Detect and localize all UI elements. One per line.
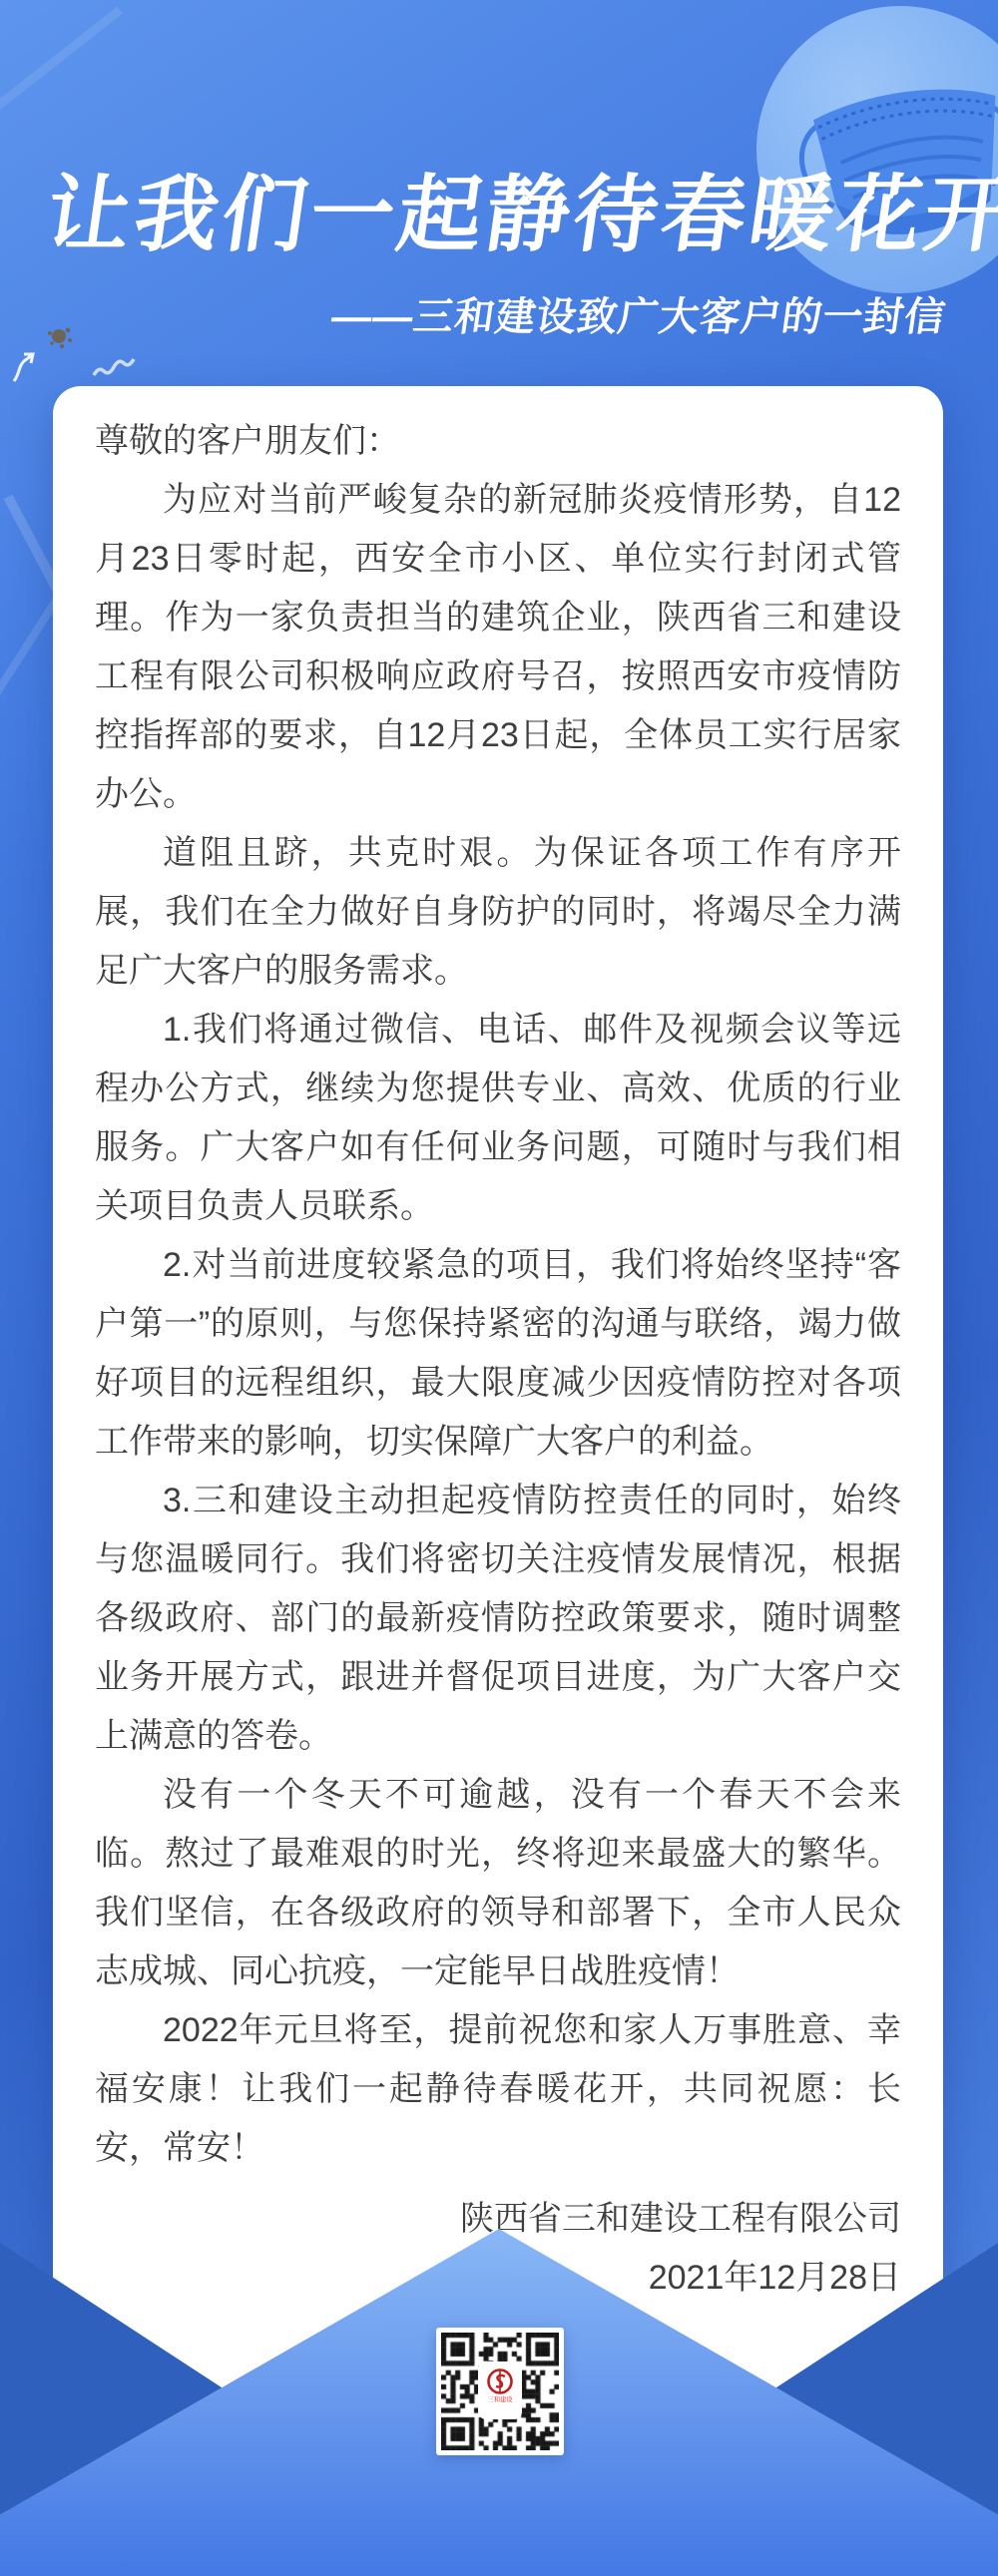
letter-paragraph: 没有一个冬天不可逾越，没有一个春天不会来临。熬过了最难艰的时光，终将迎来最盛大的… bbox=[95, 1766, 901, 2001]
qr-caption: 三和建设 bbox=[487, 2396, 512, 2405]
letter-paragraph: 为应对当前严峻复杂的新冠肺炎疫情形势，自12月23日零时起，西安全市小区、单位实… bbox=[95, 471, 901, 824]
letter-paragraph: 2022年元旦将至，提前祝您和家人万事胜意、幸福安康！让我们一起静待春暖花开，共… bbox=[95, 2001, 901, 2178]
poster-subtitle: ——三和建设致广大客户的一封信 bbox=[328, 285, 950, 342]
letter-paragraph: 2.对当前进度较紧急的项目，我们将始终坚持“客户第一”的原则，与您保持紧密的沟通… bbox=[95, 1236, 901, 1472]
signature-company: 陕西省三和建设工程有限公司 bbox=[95, 2190, 901, 2249]
letter-card: 尊敬的客户朋友们： 为应对当前严峻复杂的新冠肺炎疫情形势，自12月23日零时起，… bbox=[53, 386, 943, 2466]
letter-paragraph: 3.三和建设主动担起疫情防控责任的同时，始终与您温暖同行。我们将密切关注疫情发展… bbox=[95, 1472, 901, 1766]
virus-splat-icon bbox=[46, 323, 74, 349]
signature-date: 2021年12月28日 bbox=[95, 2249, 901, 2308]
letter-body: 尊敬的客户朋友们： 为应对当前严峻复杂的新冠肺炎疫情形势，自12月23日零时起，… bbox=[95, 412, 901, 2308]
letter-signature: 陕西省三和建设工程有限公司 2021年12月28日 bbox=[95, 2190, 901, 2308]
arrow-doodle-icon bbox=[10, 351, 40, 385]
poster-title: 让我们一起静待春暖花开 bbox=[39, 148, 984, 268]
qr-code: 三和建设 bbox=[436, 2328, 564, 2455]
letter-paragraphs: 为应对当前严峻复杂的新冠肺炎疫情形势，自12月23日零时起，西安全市小区、单位实… bbox=[95, 471, 901, 2178]
letter-salutation: 尊敬的客户朋友们： bbox=[95, 412, 901, 471]
company-emblem-icon bbox=[486, 2367, 514, 2395]
qr-center-logo: 三和建设 bbox=[480, 2363, 520, 2417]
squiggle-doodle-icon bbox=[92, 353, 140, 383]
letter-paragraph: 道阻且跻，共克时艰。为保证各项工作有序开展，我们在全力做好自身防护的同时，将竭尽… bbox=[95, 824, 901, 1001]
letter-paragraph: 1.我们将通过微信、电话、邮件及视频会议等远程办公方式，继续为您提供专业、高效、… bbox=[95, 1001, 901, 1236]
poster-page: 让我们一起静待春暖花开 ——三和建设致广大客户的一封信 尊敬的客户朋友们： 为应… bbox=[0, 0, 998, 2576]
